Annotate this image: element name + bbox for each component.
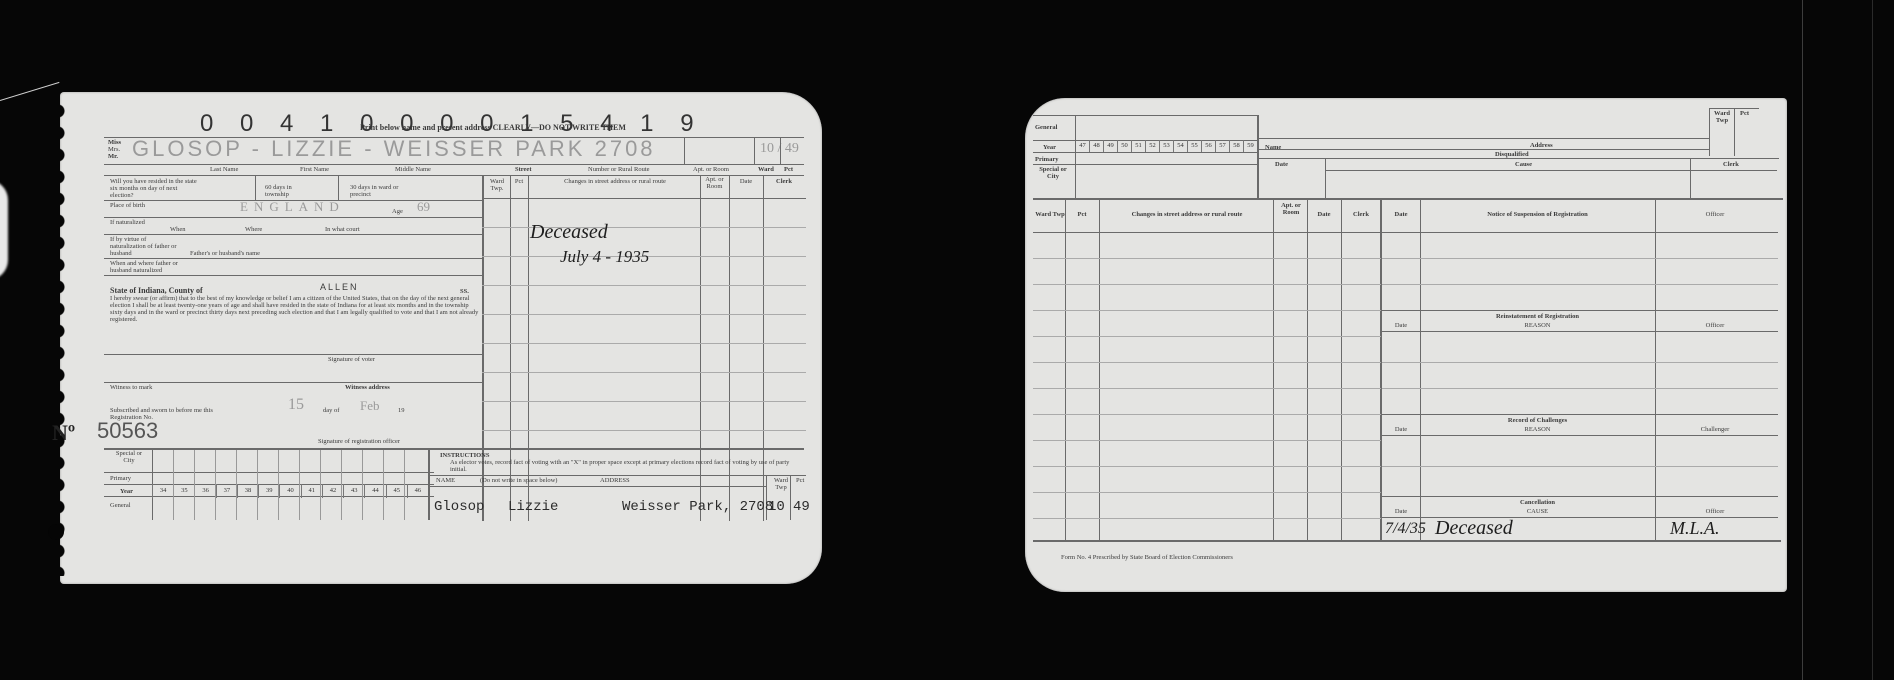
typed-ward: 10 bbox=[768, 500, 785, 514]
reinst-col-officer: Officer bbox=[1655, 322, 1775, 329]
year-cell: 37 bbox=[216, 484, 237, 498]
divider bbox=[1690, 158, 1691, 198]
label-pct: Pct bbox=[784, 166, 793, 173]
year-cell: 53 bbox=[1159, 140, 1173, 152]
divider bbox=[1341, 200, 1342, 540]
year-cell: 54 bbox=[1173, 140, 1187, 152]
col-line bbox=[236, 450, 237, 520]
col-line bbox=[194, 450, 195, 520]
naturalized-court-label: In what court bbox=[325, 226, 360, 233]
year-cell: 50 bbox=[1117, 140, 1131, 152]
col-line bbox=[299, 450, 300, 520]
reinst-col-reason: REASON bbox=[1420, 322, 1655, 329]
col-line bbox=[341, 450, 342, 520]
back-row-year: Year bbox=[1043, 144, 1056, 151]
col-line bbox=[320, 450, 321, 520]
year-cell: 34 bbox=[152, 484, 173, 498]
year-cell: 35 bbox=[173, 484, 194, 498]
row-line bbox=[1033, 414, 1381, 415]
label-first-name: First Name bbox=[300, 166, 329, 173]
row-year: Year bbox=[120, 488, 133, 495]
cancel-col-cause: CAUSE bbox=[1420, 508, 1655, 515]
divider bbox=[790, 475, 791, 520]
stray-fiber bbox=[0, 82, 59, 101]
year-cell: 52 bbox=[1145, 140, 1159, 152]
salutation-mr: Mr. bbox=[108, 153, 118, 160]
divider bbox=[1734, 108, 1735, 156]
col-line bbox=[404, 450, 405, 520]
row-line bbox=[482, 285, 806, 286]
divider bbox=[1382, 232, 1778, 233]
divider bbox=[1382, 435, 1778, 436]
form-footer: Form No. 4 Prescribed by State Board of … bbox=[1061, 554, 1233, 561]
label-ward-twp: Ward Twp bbox=[770, 477, 792, 491]
row-primary: Primary bbox=[110, 475, 131, 482]
divider bbox=[430, 486, 766, 487]
instructions-title: INSTRUCTIONS bbox=[440, 452, 490, 459]
divider bbox=[1382, 414, 1778, 415]
label-street: Street bbox=[515, 166, 531, 173]
divider bbox=[482, 198, 806, 199]
signature-line bbox=[104, 354, 482, 355]
cancel-col-officer: Officer bbox=[1655, 508, 1775, 515]
cancel-col-date: Date bbox=[1382, 508, 1420, 515]
age-label: Age bbox=[392, 208, 403, 215]
col-ward-twp: Ward Twp. bbox=[484, 178, 510, 192]
typed-address: Weisser Park, 2708 bbox=[622, 500, 773, 514]
row-line bbox=[1033, 258, 1381, 259]
days-township-label: 60 days in township bbox=[265, 184, 310, 198]
label-middle-name: Middle Name bbox=[395, 166, 431, 173]
naturalized-label: If naturalized bbox=[110, 219, 150, 226]
typed-last-name: Glosop bbox=[434, 500, 484, 514]
divider bbox=[1307, 200, 1308, 540]
row-line bbox=[1382, 466, 1778, 467]
divider bbox=[1325, 158, 1326, 198]
ss-label: SS. bbox=[460, 288, 469, 295]
cancellation-officer: M.L.A. bbox=[1670, 518, 1720, 538]
year-cell: 57 bbox=[1215, 140, 1229, 152]
year-grid-back: 47 48 49 50 51 52 53 54 55 56 57 58 59 bbox=[1075, 140, 1257, 152]
col-line bbox=[173, 450, 174, 520]
divider bbox=[1382, 331, 1778, 332]
divider bbox=[1709, 108, 1710, 156]
county-value: ALLEN bbox=[320, 283, 359, 291]
divider bbox=[1259, 158, 1779, 159]
divider bbox=[1259, 138, 1709, 139]
name-handwritten: GLOSOP - LIZZIE - WEISSER PARK 2708 bbox=[132, 138, 656, 160]
naturalized-when-label: When bbox=[170, 226, 186, 233]
year-cell: 55 bbox=[1187, 140, 1201, 152]
chal-col-challenger: Challenger bbox=[1655, 426, 1775, 433]
reinst-col-date: Date bbox=[1382, 322, 1420, 329]
back-col-clerk: Clerk bbox=[1341, 211, 1381, 218]
row-line bbox=[1033, 492, 1381, 493]
divider bbox=[104, 164, 804, 165]
cancellation-title: Cancellation bbox=[1420, 499, 1655, 506]
label-ward: Ward bbox=[758, 166, 774, 173]
col-pct: Pct bbox=[510, 178, 528, 185]
divider bbox=[1709, 108, 1759, 109]
row-special-city: Special or City bbox=[110, 450, 148, 464]
row-line bbox=[1382, 284, 1778, 285]
cancellation-cause: Deceased bbox=[1435, 518, 1513, 538]
row-line bbox=[1033, 466, 1381, 467]
punch-hole bbox=[48, 524, 64, 540]
registration-number: 50563 bbox=[97, 420, 158, 442]
salutation-mrs: Mrs. bbox=[108, 146, 120, 153]
typed-pct: 49 bbox=[793, 500, 810, 514]
row-line bbox=[1033, 440, 1381, 441]
chal-col-date: Date bbox=[1382, 426, 1420, 433]
scan-artifact bbox=[0, 180, 8, 280]
col-changes-address: Changes in street address or rural route bbox=[530, 178, 700, 185]
row-line bbox=[1033, 310, 1381, 311]
row-line bbox=[482, 343, 806, 344]
divider bbox=[1380, 200, 1382, 540]
col-clerk: Clerk bbox=[763, 178, 805, 185]
label-pct-bottom: Pct bbox=[796, 477, 804, 484]
back-row-general: General bbox=[1035, 124, 1057, 131]
divider bbox=[1259, 149, 1709, 150]
divider bbox=[1273, 200, 1274, 540]
divider bbox=[1257, 115, 1259, 198]
subscribed-label: Subscribed and sworn to before me this bbox=[110, 407, 213, 414]
row-line bbox=[1033, 336, 1381, 337]
divider bbox=[104, 175, 804, 176]
back-address-label: Address bbox=[1530, 142, 1553, 149]
year-cell: 58 bbox=[1229, 140, 1243, 152]
row-line bbox=[482, 401, 806, 402]
place-of-birth-value: ENGLAND bbox=[240, 200, 345, 214]
year-cell: 39 bbox=[258, 484, 279, 498]
year-cell: 38 bbox=[237, 484, 258, 498]
card-edge bbox=[58, 100, 72, 576]
label-apt: Apt. or Room bbox=[693, 166, 729, 173]
divider bbox=[1033, 232, 1381, 233]
row-line bbox=[1033, 518, 1381, 519]
no-symbol: Nº bbox=[52, 422, 75, 444]
divider bbox=[1382, 310, 1778, 311]
label-last-name: Last Name bbox=[210, 166, 238, 173]
header-instruction: Print below name and present address CLE… bbox=[360, 124, 626, 132]
divider bbox=[1382, 496, 1778, 497]
label-number: Number or Rural Route bbox=[588, 166, 650, 173]
back-row-primary: Primary bbox=[1035, 156, 1058, 163]
col-line bbox=[278, 450, 279, 520]
back-col-pct: Pct bbox=[1065, 211, 1099, 218]
microfilm-edge-line-2 bbox=[1872, 0, 1873, 680]
residence-question: Will you have resided in the state six m… bbox=[110, 178, 200, 199]
year-cell: 59 bbox=[1243, 140, 1257, 152]
divider bbox=[1075, 115, 1076, 198]
witness-address-label: Witness address bbox=[345, 384, 390, 391]
divider bbox=[255, 176, 256, 200]
divider bbox=[780, 137, 781, 165]
susp-col-date: Date bbox=[1382, 211, 1420, 218]
disq-col-clerk: Clerk bbox=[1723, 161, 1739, 168]
divider bbox=[1033, 115, 1258, 116]
disq-col-date: Date bbox=[1275, 161, 1288, 168]
divider bbox=[104, 382, 482, 383]
place-of-birth-label: Place of birth bbox=[110, 202, 150, 209]
card-edge bbox=[1782, 108, 1796, 582]
registration-card-front: 0 0 4 1 0 0 0 0 1 5 4 1 9 Print below na… bbox=[60, 92, 822, 584]
divider bbox=[1420, 200, 1421, 540]
divider bbox=[1099, 200, 1100, 540]
divider bbox=[1033, 540, 1781, 542]
disqualified-title: Disqualified bbox=[1495, 151, 1529, 158]
age-value: 69 bbox=[417, 200, 430, 214]
back-col-ward-twp: Ward Twp bbox=[1035, 211, 1065, 218]
divider bbox=[1033, 152, 1258, 153]
divider bbox=[104, 472, 434, 473]
row-line bbox=[1382, 258, 1778, 259]
divider bbox=[338, 176, 339, 200]
oath-text: I hereby swear (or affirm) that to the b… bbox=[110, 295, 480, 323]
year-cell: 46 bbox=[407, 484, 428, 498]
row-line bbox=[1033, 284, 1381, 285]
divider bbox=[1065, 200, 1066, 540]
microfilm-edge-line bbox=[1802, 0, 1803, 680]
subscribed-day: 15 bbox=[288, 397, 304, 413]
col-line bbox=[215, 450, 216, 520]
divider bbox=[104, 258, 482, 259]
year-cell: 36 bbox=[194, 484, 215, 498]
row-line bbox=[482, 430, 806, 431]
typed-first-name: Lizzie bbox=[508, 500, 558, 514]
row-line bbox=[482, 372, 806, 373]
cancellation-date: 7/4/35 bbox=[1385, 520, 1426, 538]
back-col-date: Date bbox=[1307, 211, 1341, 218]
back-col-apt: Apt. or Room bbox=[1275, 202, 1307, 216]
year-cell: 41 bbox=[301, 484, 322, 498]
signature-officer-label: Signature of registration officer bbox=[318, 438, 400, 445]
susp-col-notice: Notice of Suspension of Registration bbox=[1420, 211, 1655, 218]
state-county-label: State of Indiana, County of bbox=[110, 287, 203, 295]
row-line bbox=[1382, 388, 1778, 389]
days-ward-label: 30 days in ward or precinct bbox=[350, 184, 410, 198]
divider bbox=[104, 448, 804, 450]
divider bbox=[104, 217, 482, 218]
divider bbox=[104, 234, 482, 235]
divider bbox=[684, 137, 685, 165]
deceased-date: July 4 - 1935 bbox=[560, 248, 649, 266]
row-line bbox=[1382, 362, 1778, 363]
year-cell: 56 bbox=[1201, 140, 1215, 152]
father-when-where-label: When and where father or husband natural… bbox=[110, 260, 190, 274]
divider bbox=[1325, 170, 1777, 171]
col-line bbox=[362, 450, 363, 520]
year-cell: 51 bbox=[1131, 140, 1145, 152]
salutation-miss: Miss bbox=[108, 139, 121, 146]
divider bbox=[1033, 164, 1258, 165]
row-line bbox=[482, 314, 806, 315]
back-ward-twp: Ward Twp bbox=[1711, 110, 1733, 124]
label-do-not-write: (Do not write in space below) bbox=[480, 477, 557, 484]
divider bbox=[754, 137, 755, 165]
susp-col-officer: Officer bbox=[1655, 211, 1775, 218]
label-address: ADDRESS bbox=[600, 477, 630, 484]
row-general: General bbox=[110, 502, 131, 509]
disq-col-cause: Cause bbox=[1515, 161, 1532, 168]
day-of-label: day of bbox=[323, 407, 339, 414]
divider bbox=[430, 475, 806, 476]
divider bbox=[1655, 200, 1656, 540]
row-line bbox=[1033, 388, 1381, 389]
year-cell: 48 bbox=[1089, 140, 1103, 152]
year-cell: 42 bbox=[322, 484, 343, 498]
father-naturalization-label: If by virtue of naturalization of father… bbox=[110, 236, 180, 257]
father-name-label: Father's or husband's name bbox=[190, 250, 260, 257]
signature-voter-label: Signature of voter bbox=[328, 356, 375, 363]
naturalized-where-label: Where bbox=[245, 226, 262, 233]
deceased-note: Deceased bbox=[530, 222, 608, 242]
chal-col-reason: REASON bbox=[1420, 426, 1655, 433]
col-line bbox=[257, 450, 258, 520]
reinstatement-title: Reinstatement of Registration bbox=[1420, 313, 1655, 320]
col-apt-room: Apt. or Room bbox=[700, 176, 729, 190]
divider bbox=[104, 275, 482, 276]
year-cell: 49 bbox=[1103, 140, 1117, 152]
label-name: NAME bbox=[436, 477, 455, 484]
year-cell: 47 bbox=[1075, 140, 1089, 152]
year-prefix: 19 bbox=[398, 407, 405, 414]
col-line bbox=[383, 450, 384, 520]
challenges-title: Record of Challenges bbox=[1420, 417, 1655, 424]
registration-card-back: General Year 47 48 49 50 51 52 53 54 55 … bbox=[1025, 98, 1787, 592]
col-date: Date bbox=[729, 178, 763, 185]
witness-mark-label: Witness to mark bbox=[110, 384, 152, 391]
subscribed-month: Feb bbox=[360, 399, 380, 413]
divider bbox=[428, 450, 430, 520]
instructions-text: As elector votes, record fact of voting … bbox=[450, 459, 800, 473]
back-col-changes: Changes in street address or rural route bbox=[1101, 211, 1273, 218]
back-row-special: Special or City bbox=[1033, 166, 1073, 180]
year-cell: 40 bbox=[279, 484, 300, 498]
row-line bbox=[1033, 362, 1381, 363]
back-pct: Pct bbox=[1740, 110, 1749, 117]
divider bbox=[1033, 198, 1783, 200]
